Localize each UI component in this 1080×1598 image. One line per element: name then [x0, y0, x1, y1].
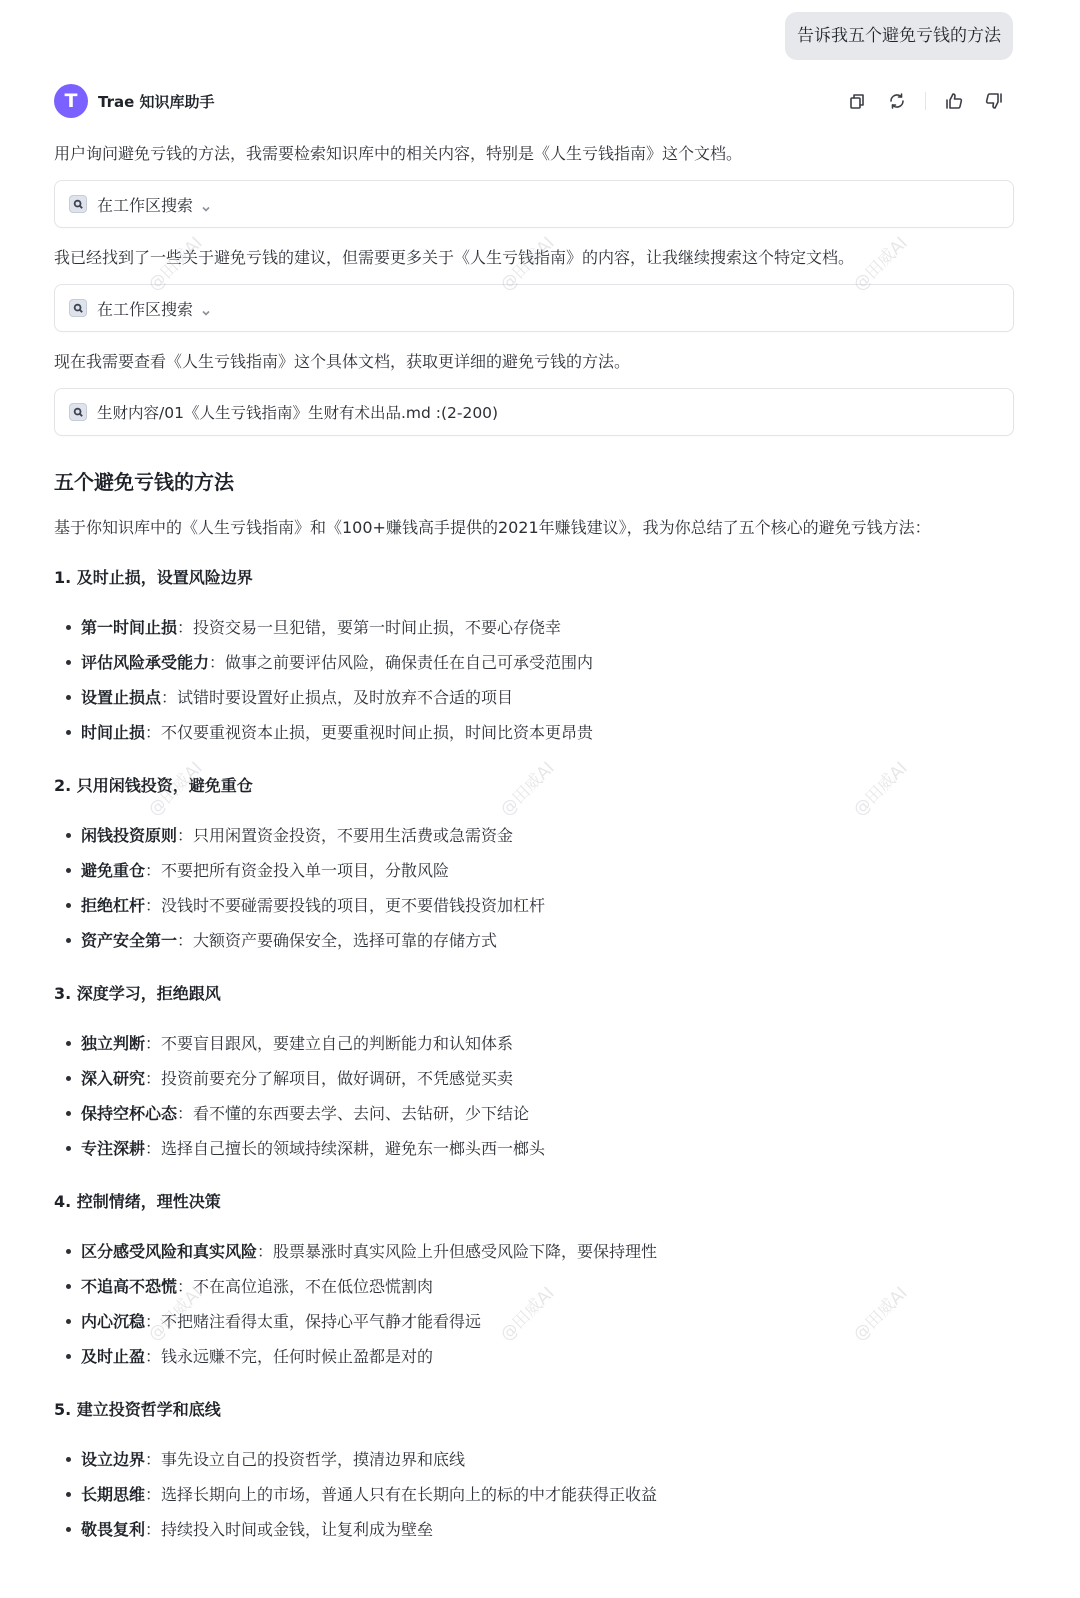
refresh-icon [887, 91, 907, 111]
thumbs-up-icon [944, 91, 964, 111]
copy-button[interactable] [837, 88, 877, 114]
answer-intro: 基于你知识库中的《人生亏钱指南》和《100+赚钱高手提供的2021年赚钱建议》，… [54, 514, 1014, 542]
assistant-avatar: T [54, 84, 88, 118]
thumbs-down-icon [984, 91, 1004, 111]
search-icon [69, 299, 87, 317]
method-title: 4. 控制情绪，理性决策 [54, 1188, 1014, 1216]
user-message-bubble: 告诉我五个避免亏钱的方法 [785, 12, 1013, 60]
list-item: 区分感受风险和真实风险：股票暴涨时真实风险上升但感受风险下降，要保持理性 [54, 1234, 1014, 1269]
method-title: 2. 只用闲钱投资，避免重仓 [54, 772, 1014, 800]
list-item: 专注深耕：选择自己擅长的领域持续深耕，避免东一榔头西一榔头 [54, 1131, 1014, 1166]
method-title: 5. 建立投资哲学和底线 [54, 1396, 1014, 1424]
tool-call-workspace-search-1[interactable]: 在工作区搜索 [54, 180, 1014, 228]
search-icon [69, 403, 87, 421]
method-list: 第一时间止损：投资交易一旦犯错，要第一时间止损，不要心存侥幸 评估风险承受能力：… [54, 610, 1014, 750]
actions-divider [925, 92, 926, 110]
list-item: 长期思维：选择长期向上的市场，普通人只有在长期向上的标的中才能获得正收益 [54, 1477, 1014, 1512]
regenerate-button[interactable] [877, 88, 917, 114]
list-item: 时间止损：不仅要重视资本止损，更要重视时间止损，时间比资本更昂贵 [54, 715, 1014, 750]
list-item: 第一时间止损：投资交易一旦犯错，要第一时间止损，不要心存侥幸 [54, 610, 1014, 645]
tool-call-workspace-search-2[interactable]: 在工作区搜索 [54, 284, 1014, 332]
file-reference-label: 生财内容/01《人生亏钱指南》生财有术出品.md :(2-200) [97, 401, 498, 423]
list-item: 设置止损点：试错时要设置好止损点，及时放弃不合适的项目 [54, 680, 1014, 715]
method-title: 3. 深度学习，拒绝跟风 [54, 980, 1014, 1008]
answer-title: 五个避免亏钱的方法 [54, 466, 1014, 498]
list-item: 敬畏复利：持续投入时间或金钱，让复利成为壁垒 [54, 1512, 1014, 1547]
assistant-name: Trae 知识库助手 [98, 91, 215, 112]
list-item: 保持空杯心态：看不懂的东西要去学、去问、去钻研，少下结论 [54, 1096, 1014, 1131]
list-item: 资产安全第一：大额资产要确保安全，选择可靠的存储方式 [54, 923, 1014, 958]
list-item: 设立边界：事先设立自己的投资哲学，摸清边界和底线 [54, 1442, 1014, 1477]
method-title: 1. 及时止损，设置风险边界 [54, 564, 1014, 592]
like-button[interactable] [934, 88, 974, 114]
list-item: 独立判断：不要盲目跟风，要建立自己的判断能力和认知体系 [54, 1026, 1014, 1061]
list-item: 闲钱投资原则：只用闲置资金投资，不要用生活费或急需资金 [54, 818, 1014, 853]
dislike-button[interactable] [974, 88, 1014, 114]
tool-call-label: 在工作区搜索 [97, 193, 193, 216]
list-item: 深入研究：投资前要充分了解项目，做好调研，不凭感觉买卖 [54, 1061, 1014, 1096]
copy-icon [847, 91, 867, 111]
list-item: 评估风险承受能力：做事之前要评估风险，确保责任在自己可承受范围内 [54, 645, 1014, 680]
thinking-text-2: 我已经找到了一些关于避免亏钱的建议，但需要更多关于《人生亏钱指南》的内容，让我继… [54, 244, 1014, 272]
method-list: 独立判断：不要盲目跟风，要建立自己的判断能力和认知体系 深入研究：投资前要充分了… [54, 1026, 1014, 1166]
message-actions [837, 88, 1014, 114]
assistant-header: T Trae 知识库助手 [54, 83, 1014, 117]
assistant-response: 用户询问避免亏钱的方法，我需要检索知识库中的相关内容，特别是《人生亏钱指南》这个… [54, 140, 1014, 1547]
tool-call-label: 在工作区搜索 [97, 297, 193, 320]
method-list: 设立边界：事先设立自己的投资哲学，摸清边界和底线 长期思维：选择长期向上的市场，… [54, 1442, 1014, 1547]
chevron-down-icon[interactable] [201, 303, 211, 313]
thinking-text-1: 用户询问避免亏钱的方法，我需要检索知识库中的相关内容，特别是《人生亏钱指南》这个… [54, 140, 1014, 168]
list-item: 避免重仓：不要把所有资金投入单一项目，分散风险 [54, 853, 1014, 888]
list-item: 不追高不恐慌：不在高位追涨，不在低位恐慌割肉 [54, 1269, 1014, 1304]
method-list: 区分感受风险和真实风险：股票暴涨时真实风险上升但感受风险下降，要保持理性 不追高… [54, 1234, 1014, 1374]
method-list: 闲钱投资原则：只用闲置资金投资，不要用生活费或急需资金 避免重仓：不要把所有资金… [54, 818, 1014, 958]
chevron-down-icon[interactable] [201, 199, 211, 209]
list-item: 及时止盈：钱永远赚不完，任何时候止盈都是对的 [54, 1339, 1014, 1374]
thinking-text-3: 现在我需要查看《人生亏钱指南》这个具体文档，获取更详细的避免亏钱的方法。 [54, 348, 1014, 376]
tool-call-read-file[interactable]: 生财内容/01《人生亏钱指南》生财有术出品.md :(2-200) [54, 388, 1014, 436]
list-item: 拒绝杠杆：没钱时不要碰需要投钱的项目，更不要借钱投资加杠杆 [54, 888, 1014, 923]
search-icon [69, 195, 87, 213]
list-item: 内心沉稳：不把赌注看得太重，保持心平气静才能看得远 [54, 1304, 1014, 1339]
